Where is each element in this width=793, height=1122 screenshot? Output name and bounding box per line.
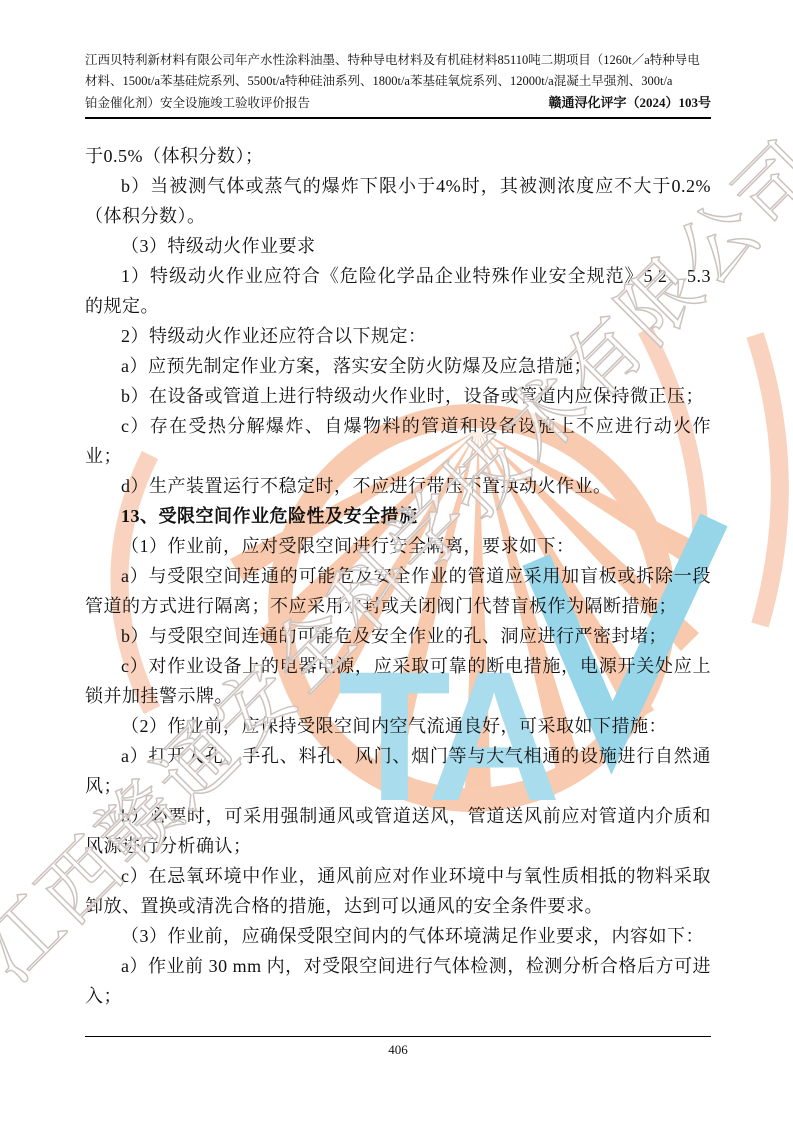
body-paragraph: b）当被测气体或蒸气的爆炸下限小于4%时，其被测浓度应不大于0.2%（体积分数）… bbox=[85, 171, 711, 231]
document-body: 于0.5%（体积分数）；b）当被测气体或蒸气的爆炸下限小于4%时，其被测浓度应不… bbox=[85, 141, 711, 1011]
body-paragraph: a）作业前 30 mm 内，对受限空间进行气体检测，检测分析合格后方可进入； bbox=[85, 951, 711, 1011]
body-paragraph: 13、受限空间作业危险性及安全措施 bbox=[85, 501, 711, 531]
header-line-2: 材料、1500t/a苯基硅烷系列、5500t/a特种硅油系列、1800t/a苯基… bbox=[85, 71, 711, 92]
body-paragraph: c）在忌氧环境中作业，通风前应对作业环境中与氧性质相抵的物料采取卸放、置换或清洗… bbox=[85, 861, 711, 921]
document-number: 赣通浔化评字（2024）103号 bbox=[548, 92, 711, 113]
body-paragraph: a）与受限空间连通的可能危及安全作业的管道应采用加盲板或拆除一段管道的方式进行隔… bbox=[85, 561, 711, 621]
header-report-title: 铂金催化剂）安全设施竣工验收评价报告 bbox=[85, 93, 310, 114]
footer-divider bbox=[85, 1036, 711, 1037]
body-paragraph: c）存在受热分解爆炸、自爆物料的管道和设备设施上不应进行动火作业； bbox=[85, 411, 711, 471]
body-paragraph: 于0.5%（体积分数）； bbox=[85, 141, 711, 171]
page-number: 406 bbox=[85, 1042, 711, 1058]
document-page: TA 江西贝特利新材料有限公司年产水性涂料油墨、特种导电材料及有机硅材料8511… bbox=[0, 0, 793, 1122]
body-paragraph: （3）特级动火作业要求 bbox=[85, 231, 711, 261]
header-line-1: 江西贝特利新材料有限公司年产水性涂料油墨、特种导电材料及有机硅材料85110吨二… bbox=[85, 50, 711, 71]
stamp-outer-arc-edge bbox=[755, 335, 780, 625]
body-paragraph: b）必要时，可采用强制通风或管道送风，管道送风前应对管道内介质和风源进行分析确认… bbox=[85, 801, 711, 861]
header-divider bbox=[85, 117, 711, 119]
body-paragraph: （3）作业前，应确保受限空间内的气体环境满足作业要求，内容如下： bbox=[85, 921, 711, 951]
body-paragraph: a）应预先制定作业方案，落实安全防火防爆及应急措施； bbox=[85, 351, 711, 381]
body-paragraph: c）对作业设备上的电器电源，应采取可靠的断电措施，电源开关处应上锁并加挂警示牌。 bbox=[85, 651, 711, 711]
body-paragraph: （1）作业前，应对受限空间进行安全隔离，要求如下： bbox=[85, 531, 711, 561]
body-paragraph: b）在设备或管道上进行特级动火作业时，设备或管道内应保持微正压； bbox=[85, 381, 711, 411]
page-header: 江西贝特利新材料有限公司年产水性涂料油墨、特种导电材料及有机硅材料85110吨二… bbox=[85, 50, 711, 114]
body-paragraph: 1）特级动火作业应符合《危险化学品企业特殊作业安全规范》5.2、5.3的规定。 bbox=[85, 261, 711, 321]
body-paragraph: b）与受限空间连通的可能危及安全作业的孔、洞应进行严密封堵； bbox=[85, 621, 711, 651]
body-paragraph: （2）作业前，应保持受限空间内空气流通良好，可采取如下措施： bbox=[85, 711, 711, 741]
body-paragraph: d）生产装置运行不稳定时，不应进行带压不置换动火作业。 bbox=[85, 471, 711, 501]
body-paragraph: 2）特级动火作业还应符合以下规定： bbox=[85, 321, 711, 351]
body-paragraph: a）打开人孔、手孔、料孔、风门、烟门等与大气相通的设施进行自然通风； bbox=[85, 741, 711, 801]
